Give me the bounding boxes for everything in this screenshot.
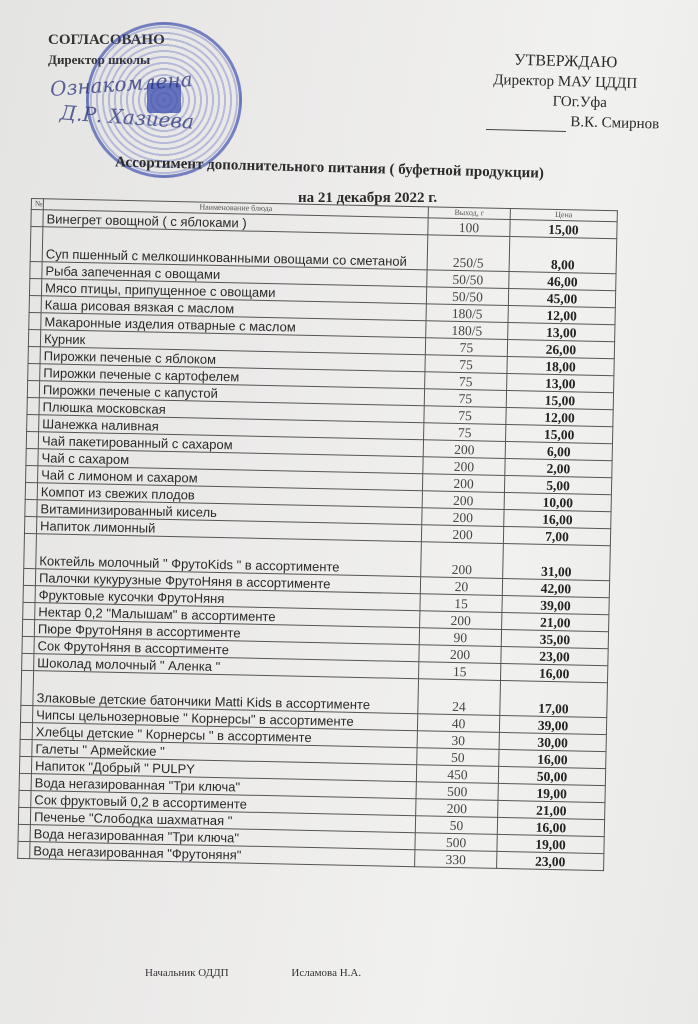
row-num [27,380,39,397]
dish-output: 50 [415,816,497,835]
menu-table: № Наименование блюда Выход, г Цена Винег… [17,198,617,871]
row-num [27,397,39,414]
row-num [29,278,41,295]
row-num [20,722,32,739]
row-num [25,499,37,516]
dish-output: 90 [419,628,501,647]
dish-output: 250/5 [427,235,510,272]
row-num [29,295,41,312]
dish-price: 31,00 [503,543,611,580]
dish-output: 200 [423,440,505,459]
row-num [23,602,35,619]
dish-output: 200 [422,474,504,493]
dish-output: 30 [417,731,499,750]
row-num [22,619,34,636]
dish-output: 40 [417,714,499,733]
dish-output: 330 [415,850,497,869]
header-num: № [31,199,43,210]
row-num [19,773,31,790]
dish-output: 75 [425,372,507,391]
dish-output: 50 [417,748,499,767]
row-num [21,705,33,722]
dish-output: 200 [419,645,501,664]
signature-line [486,115,566,132]
row-num [28,363,40,380]
row-num [21,670,34,705]
dish-output: 24 [418,679,501,716]
row-num [23,585,35,602]
row-num [28,346,40,363]
row-num [18,807,30,824]
row-num [29,312,41,329]
dish-output: 180/5 [426,304,508,323]
dish-output: 75 [425,338,507,357]
row-num [19,756,31,773]
document-page: СОГЛАСОВАНО Директор школы Ознакомлена Д… [0,0,698,1024]
dish-output: 75 [424,406,506,425]
dish-output: 500 [416,782,498,801]
dish-output: 500 [415,833,497,852]
row-num [22,653,34,670]
row-num [18,824,30,841]
approval-block-right: УТВЕРЖДАЮ Директор МАУ ЦДДП ГОг.Уфа В.К.… [469,50,661,135]
dish-output: 200 [423,457,505,476]
row-num [19,790,31,807]
dish-output: 75 [424,423,506,442]
row-num [26,465,38,482]
official-stamp-icon [86,22,242,178]
row-num [26,448,38,465]
dish-price: 8,00 [509,237,617,274]
approval-right-signatory: В.К. Смирнов [570,112,659,134]
row-num [30,227,43,262]
row-num [27,414,39,431]
dish-output: 75 [425,355,507,374]
footer-position: Начальник ОДДП [145,967,229,979]
dish-output: 200 [421,542,504,579]
dish-output: 200 [422,508,504,527]
row-num [24,533,37,568]
dish-output: 450 [416,765,498,784]
row-num [28,329,40,346]
row-num [26,431,38,448]
dish-output: 75 [424,389,506,408]
row-num [31,210,43,227]
row-num [20,739,32,756]
row-num [30,261,42,278]
row-num [25,482,37,499]
dish-output: 200 [420,611,502,630]
dish-output: 200 [416,799,498,818]
document-title: Ассортимент дополнительного питания ( бу… [115,154,544,182]
dish-output: 200 [422,491,504,510]
row-num [24,516,36,533]
row-num [18,841,30,858]
dish-output: 100 [428,218,510,237]
dish-price: 17,00 [500,680,608,717]
row-num [23,568,35,585]
dish-output: 50/50 [427,270,509,289]
footer-name: Исламова Н.А. [291,967,361,979]
dish-output: 200 [421,525,503,544]
dish-price: 23,00 [497,851,604,870]
dish-output: 180/5 [426,321,508,340]
dish-output: 50/50 [426,287,508,306]
footer-signature: Начальник ОДДП Исламова Н.А. [145,967,421,979]
dish-output: 20 [420,577,502,596]
dish-output: 15 [419,662,501,681]
dish-output: 15 [420,594,502,613]
row-num [22,636,34,653]
